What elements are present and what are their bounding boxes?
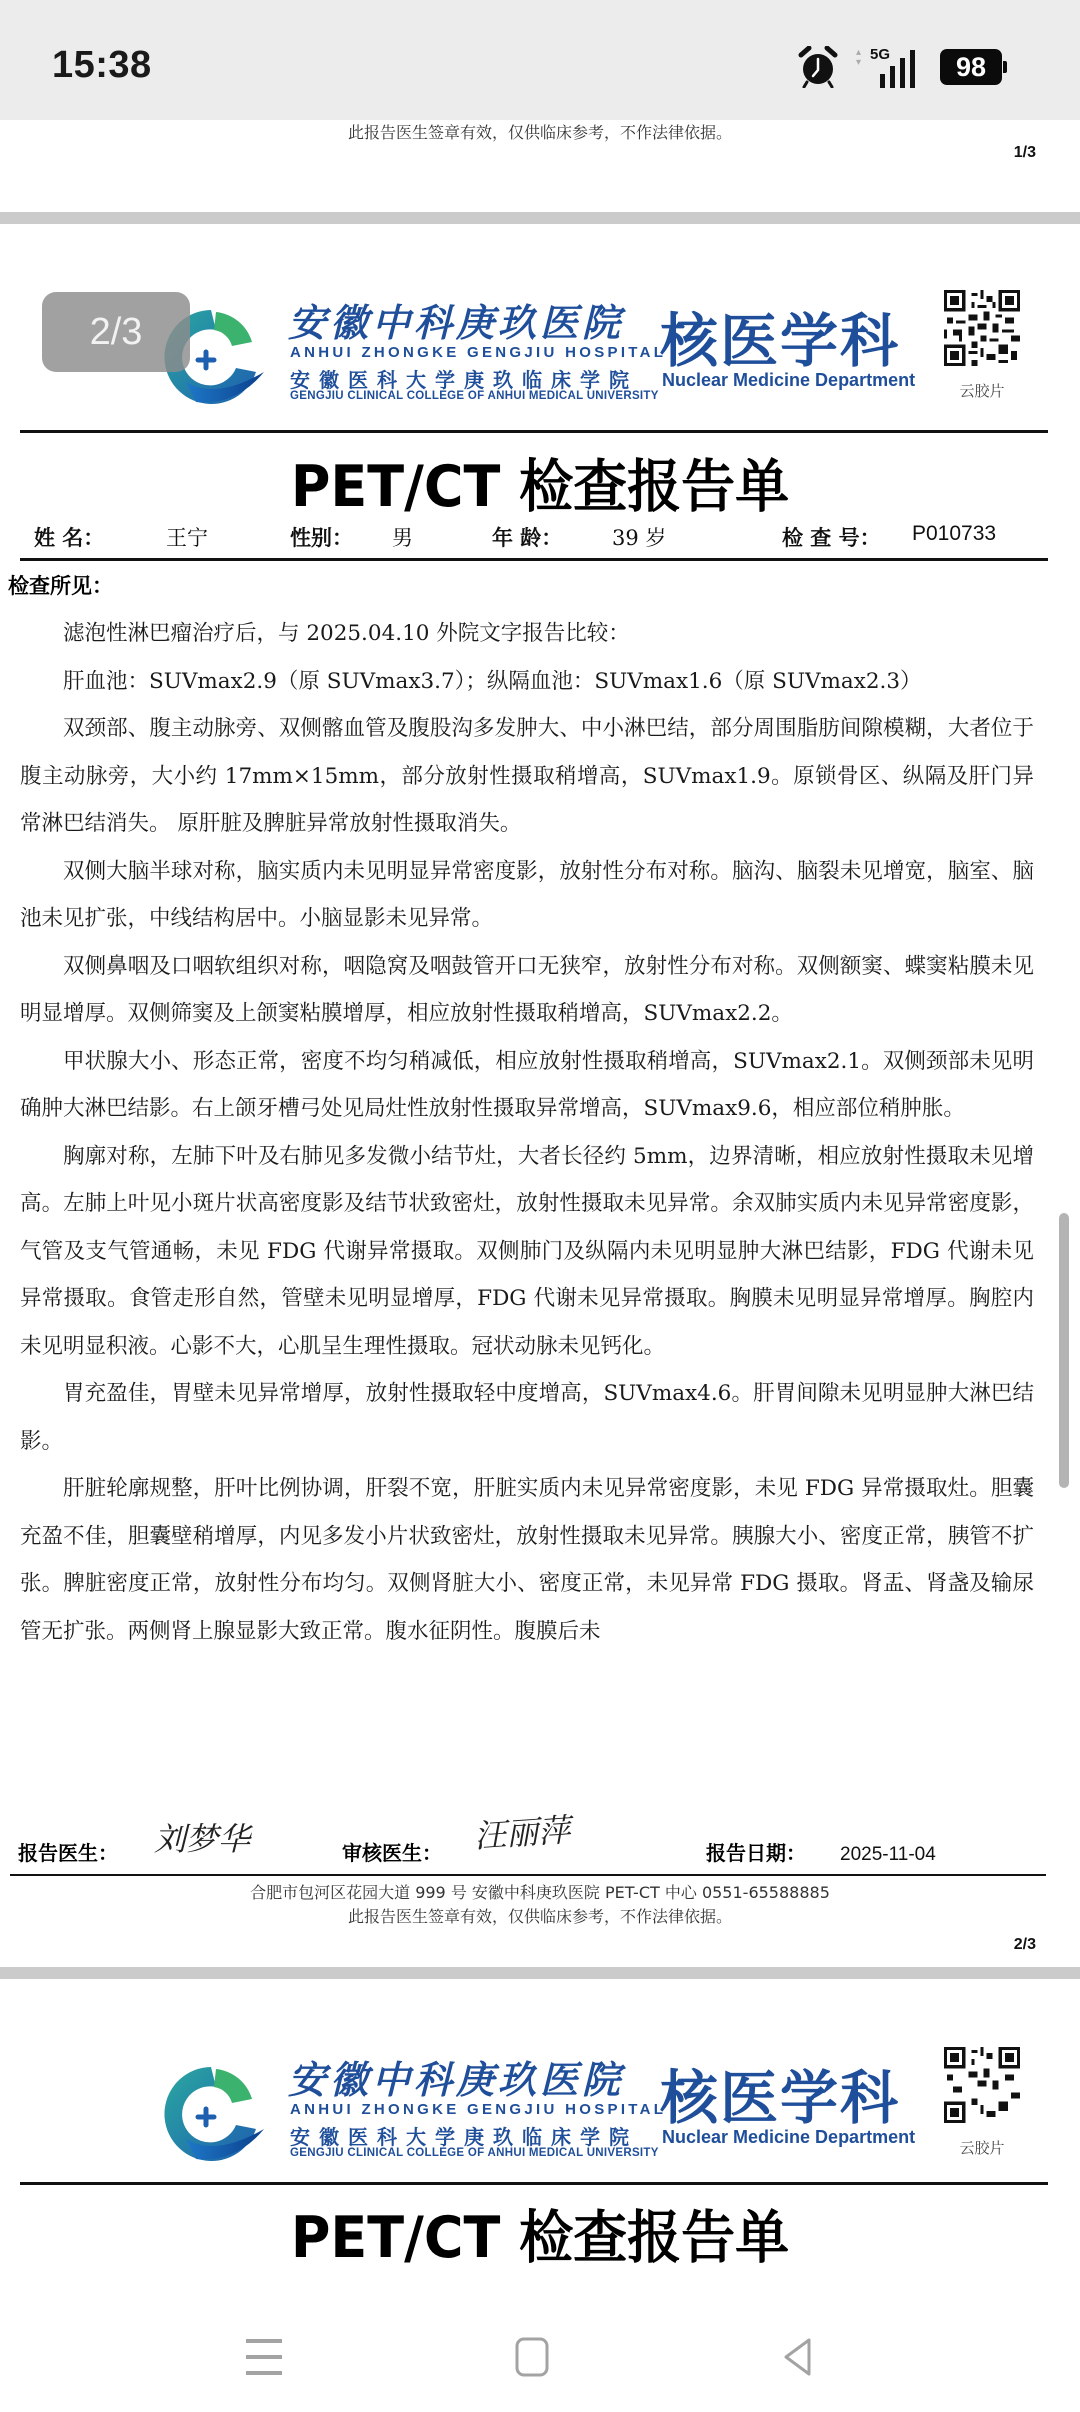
qr-code-icon[interactable]	[944, 2047, 1020, 2123]
department-name-en: Nuclear Medicine Department	[662, 370, 915, 391]
patient-divider	[20, 558, 1048, 561]
page-number: 1/3	[1014, 144, 1036, 162]
patient-sex: 男	[392, 522, 413, 552]
navigation-bar	[0, 2290, 1080, 2412]
hospital-logo-icon	[156, 2059, 266, 2169]
cellular-signal-icon: ▴▾ 5G	[856, 46, 922, 88]
hospital-name-cn: 安徽中科庚玖医院	[288, 2049, 624, 2104]
finding-paragraph: 肝血池：SUVmax2.9（原 SUVmax3.7）；纵隔血池：SUVmax1.…	[20, 658, 1034, 706]
hospital-name-cn: 安徽中科庚玖医院	[288, 292, 624, 347]
page-separator	[0, 1967, 1080, 1979]
status-bar: 15:38 ▴▾ 5G 98	[0, 0, 1080, 120]
qr-label: 云胶片	[944, 380, 1020, 401]
sex-label: 性别：	[290, 522, 353, 552]
page-separator	[0, 212, 1080, 224]
reporter-label: 报告医生：	[18, 1837, 118, 1866]
disclaimer: 此报告医生签章有效，仅供临床参考，不作法律依据。	[0, 120, 1080, 143]
department-name-en: Nuclear Medicine Department	[662, 2127, 915, 2148]
finding-paragraph: 甲状腺大小、形态正常，密度不均匀稍减低，相应放射性摄取稍增高，SUVmax2.1…	[20, 1038, 1034, 1133]
college-name-cn: 安徽医科大学庚玖临床学院	[290, 364, 638, 393]
report-title: PET/CT 检查报告单	[0, 2193, 1080, 2274]
status-icons: ▴▾ 5G 98	[798, 46, 1002, 88]
back-icon	[781, 2337, 815, 2377]
page-2: 安徽中科庚玖医院 ANHUI ZHONGKE GENGJIU HOSPITAL …	[0, 224, 1080, 2060]
finding-paragraph: 双侧大脑半球对称，脑实质内未见明显异常密度影，放射性分布对称。脑沟、脑裂未见增宽…	[20, 848, 1034, 943]
qr-label: 云胶片	[944, 2137, 1020, 2158]
page-3: 安徽中科庚玖医院 ANHUI ZHONGKE GENGJIU HOSPITAL …	[0, 1979, 1080, 2290]
home-button[interactable]	[502, 2332, 562, 2382]
exam-no-label: 检 查 号：	[782, 522, 881, 552]
college-name-cn: 安徽医科大学庚玖临床学院	[290, 2121, 638, 2150]
finding-paragraph: 滤泡性淋巴瘤治疗后，与 2025.04.10 外院文字报告比较：	[20, 610, 1034, 658]
exam-number: P010733	[912, 522, 996, 546]
hospital-name-en: ANHUI ZHONGKE GENGJIU HOSPITAL	[290, 344, 666, 361]
battery-icon: 98	[940, 49, 1002, 85]
header-divider	[20, 2182, 1048, 2185]
reviewer-label: 审核医生：	[342, 1837, 442, 1866]
finding-paragraph: 肝脏轮廓规整，肝叶比例协调，肝裂不宽，肝脏实质内未见异常密度影，未见 FDG 异…	[20, 1465, 1034, 1655]
disclaimer: 此报告医生签章有效，仅供临床参考，不作法律依据。	[0, 1904, 1080, 1927]
finding-paragraph: 胃充盈佳，胃壁未见异常增厚，放射性摄取轻中度增高，SUVmax4.6。肝胃间隙未…	[20, 1370, 1034, 1465]
footer-divider	[10, 1874, 1046, 1876]
page-indicator: 2/3	[42, 292, 190, 372]
findings-label: 检查所见：	[8, 570, 113, 600]
page-1: 此报告医生签章有效，仅供临床参考，不作法律依据。 1/3	[0, 120, 1080, 212]
date-label: 报告日期：	[706, 1837, 806, 1866]
patient-info-row: 姓 名： 王宁 性别： 男 年 龄： 39 岁 检 查 号： P010733	[0, 522, 1080, 556]
scrollbar-thumb[interactable]	[1059, 1213, 1069, 1488]
report-title: PET/CT 检查报告单	[0, 442, 1080, 523]
qr-code-icon[interactable]	[944, 290, 1020, 366]
hospital-address: 合肥市包河区花园大道 999 号 安徽中科庚玖医院 PET-CT 中心 0551…	[0, 1880, 1080, 1903]
header-divider	[20, 430, 1048, 433]
reviewer-signature: 汪丽萍	[473, 1805, 572, 1858]
home-icon	[515, 2337, 549, 2377]
patient-name: 王宁	[166, 522, 208, 552]
alarm-icon	[798, 46, 838, 88]
signature-row: 报告医生： 刘梦华 审核医生： 汪丽萍 报告日期： 2025-11-04	[0, 1812, 1080, 1872]
document-viewer[interactable]: 此报告医生签章有效，仅供临床参考，不作法律依据。 1/3 安徽中科庚玖医院 AN…	[0, 120, 1080, 2290]
hospital-name-en: ANHUI ZHONGKE GENGJIU HOSPITAL	[290, 2101, 666, 2118]
finding-paragraph: 双颈部、腹主动脉旁、双侧髂血管及腹股沟多发肿大、中小淋巴结，部分周围脂肪间隙模糊…	[20, 705, 1034, 848]
data-activity-icon: ▴▾	[856, 48, 861, 68]
menu-icon	[246, 2339, 282, 2343]
hospital-header: 安徽中科庚玖医院 ANHUI ZHONGKE GENGJIU HOSPITAL …	[0, 2019, 1080, 2179]
name-label: 姓 名：	[34, 522, 104, 552]
finding-paragraph: 胸廓对称，左肺下叶及右肺见多发微小结节灶，大者长径约 5mm，边界清晰，相应放射…	[20, 1133, 1034, 1371]
recent-apps-button[interactable]	[234, 2332, 294, 2382]
college-name-en: GENGJIU CLINICAL COLLEGE OF ANHUI MEDICA…	[290, 390, 659, 402]
age-label: 年 龄：	[492, 522, 562, 552]
department-name-cn: 核医学科	[660, 294, 900, 378]
status-time: 15:38	[52, 44, 152, 87]
patient-age: 39 岁	[612, 522, 666, 552]
report-date: 2025-11-04	[840, 1844, 936, 1866]
page-number: 2/3	[1014, 1936, 1036, 1954]
college-name-en: GENGJIU CLINICAL COLLEGE OF ANHUI MEDICA…	[290, 2147, 659, 2159]
department-name-cn: 核医学科	[660, 2051, 900, 2135]
finding-paragraph: 双侧鼻咽及口咽软组织对称，咽隐窝及咽鼓管开口无狭窄，放射性分布对称。双侧额窦、蝶…	[20, 943, 1034, 1038]
reporter-signature: 刘梦华	[154, 1814, 250, 1860]
back-button[interactable]	[768, 2332, 828, 2382]
findings-body: 滤泡性淋巴瘤治疗后，与 2025.04.10 外院文字报告比较： 肝血池：SUV…	[20, 610, 1034, 1655]
